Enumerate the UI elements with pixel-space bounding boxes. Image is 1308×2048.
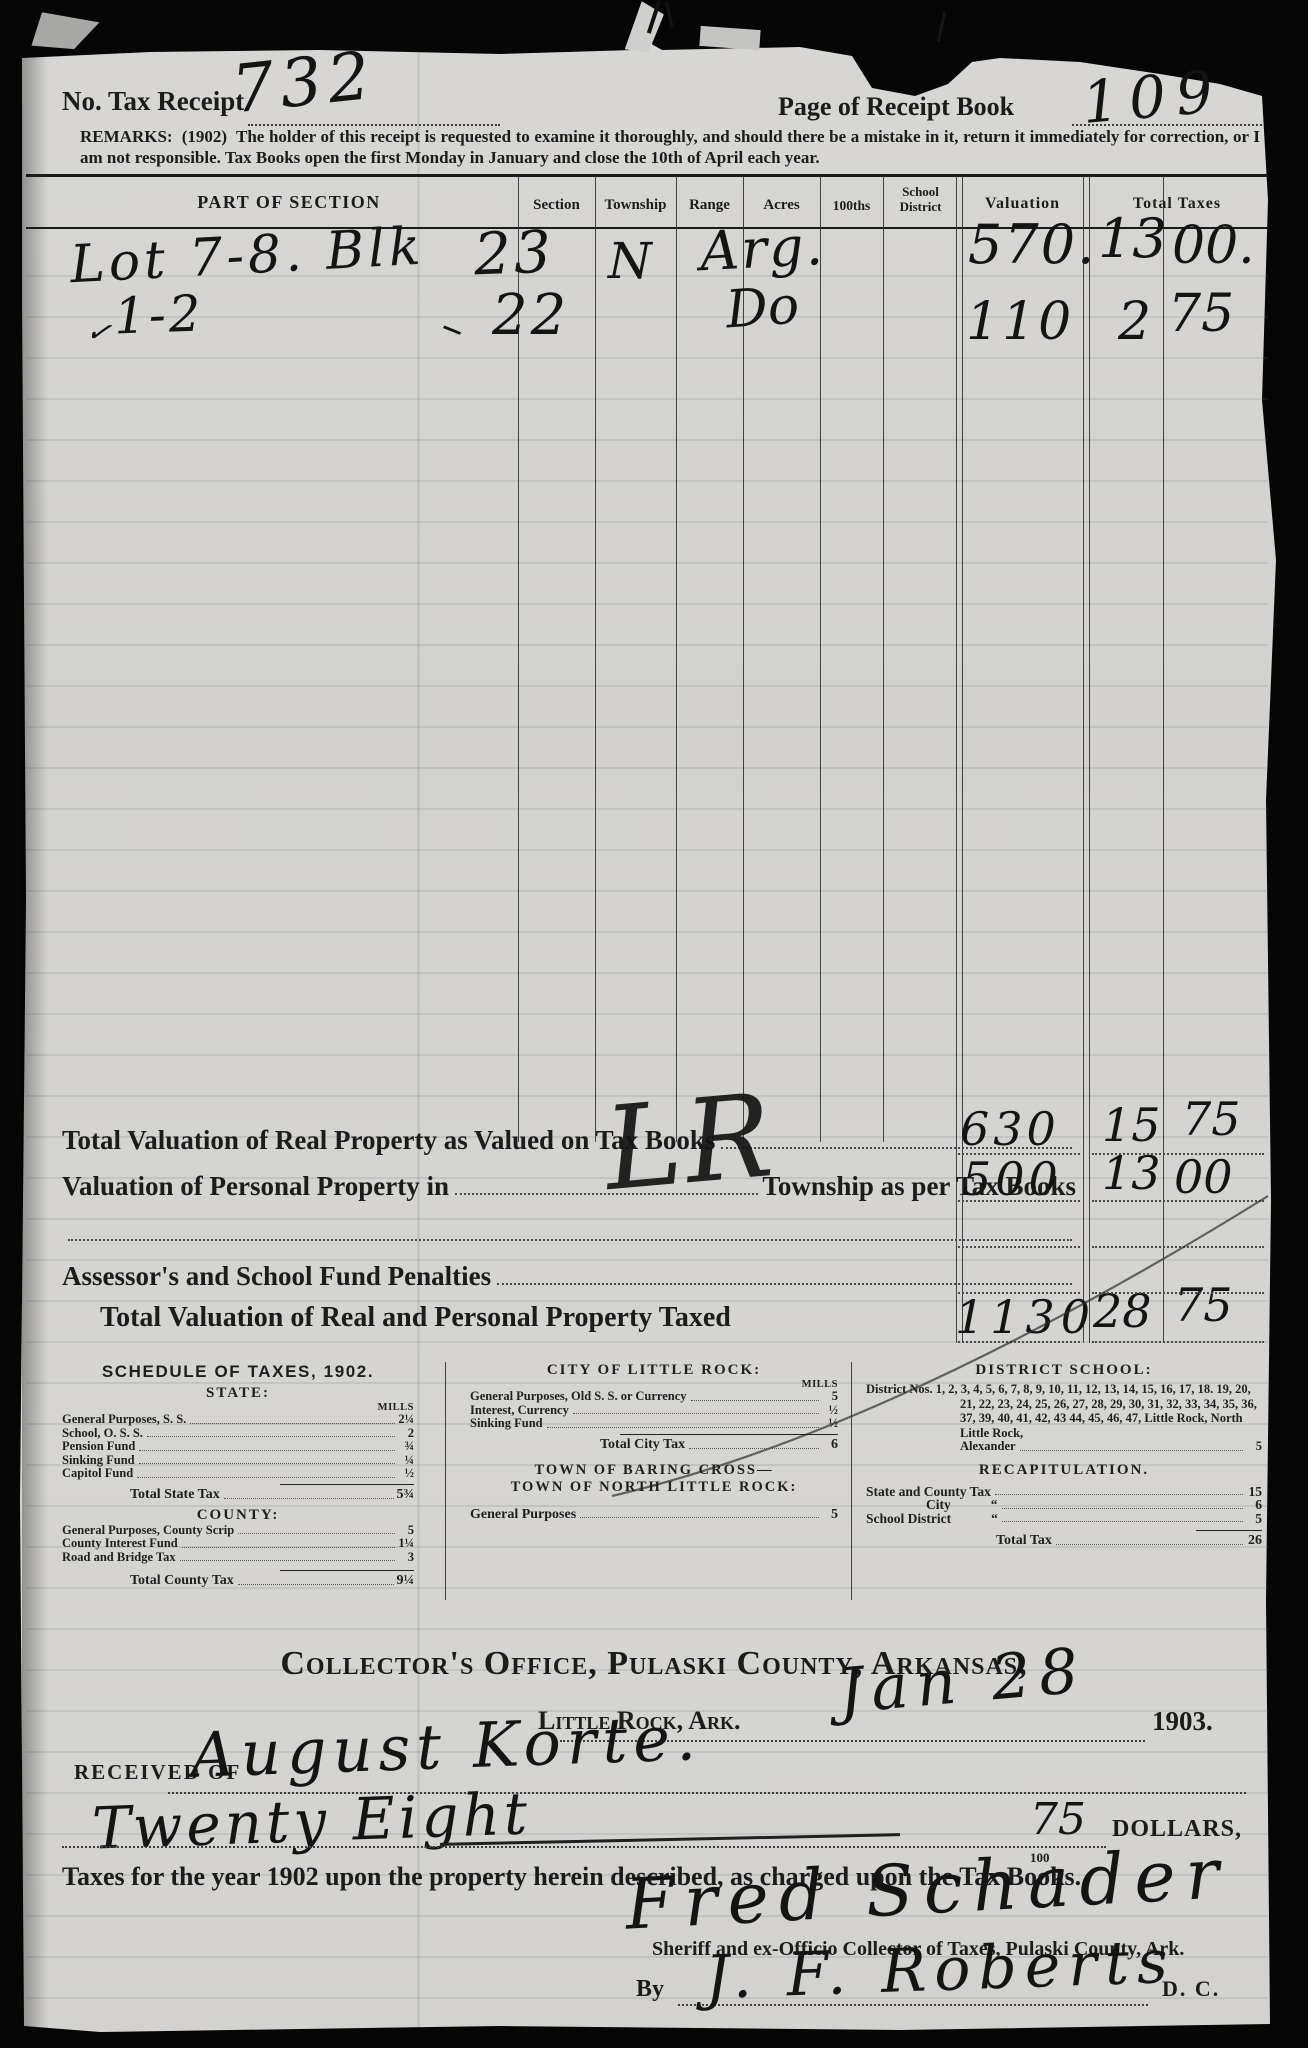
col-header-100ths: 100ths <box>820 198 883 214</box>
grand-tax-cents: 75 <box>1174 1282 1233 1328</box>
state-row-label: General Purposes, S. S. <box>62 1413 186 1427</box>
state-tax-row: Sinking Fund¼ <box>62 1454 414 1468</box>
district-last-label: Alexander <box>960 1440 1016 1454</box>
dotted-leader <box>182 1547 395 1548</box>
total-rule <box>280 1484 414 1485</box>
receipt-number-label: No. Tax Receipt <box>62 86 244 117</box>
grand-total-label: Total Valuation of Real and Personal Pro… <box>100 1302 731 1334</box>
real-tax-cents: 75 <box>1182 1096 1241 1142</box>
dotted-leader <box>995 1494 1243 1495</box>
dotted-leader <box>1056 1544 1243 1545</box>
remarks-label: REMARKS: <box>80 127 173 146</box>
state-tax-row: School, O. S. S.2 <box>62 1427 414 1441</box>
dotted-leader <box>238 1584 394 1585</box>
total-state-value: 5¾ <box>397 1487 415 1502</box>
torn-paper-fragment <box>699 26 760 50</box>
total-city-label: Total City Tax <box>600 1437 685 1452</box>
total-city-tax-row: Total City Tax6 <box>470 1437 838 1452</box>
value-cell-dots <box>958 1153 1080 1155</box>
column-line-taxes-b <box>1089 176 1090 1343</box>
personal-property-row: Valuation of Personal Property in Townsh… <box>62 1166 1076 1202</box>
value-cell-dots <box>958 1200 1080 1202</box>
row1-range-acres: Arg. <box>699 219 826 279</box>
col-header-range: Range <box>676 197 743 214</box>
collectors-office-title: Collector's Office, Pulaski County, Arka… <box>0 1645 1308 1683</box>
col-header-township: Township <box>595 197 676 214</box>
row2-part-of-section: 1-2 <box>113 288 204 341</box>
amount-cents-value: 75 <box>1030 1798 1086 1842</box>
schedule-divider-left <box>445 1362 446 1600</box>
recap-row: State and County Tax15 <box>866 1485 1262 1499</box>
remarks-paragraph: REMARKS: (1902) The holder of this recei… <box>80 126 1260 168</box>
row2-ditto-tick: ✓ <box>84 316 114 350</box>
school-header-line1: School <box>902 184 939 199</box>
payer-name-value: August Korte. <box>189 1707 703 1787</box>
state-tax-row: Pension Fund¾ <box>62 1440 414 1454</box>
state-row-value: 2¼ <box>398 1413 414 1427</box>
total-real-property-row: Total Valuation of Real Property as Valu… <box>62 1120 1076 1156</box>
city-tax-row: General Purposes, Old S. S. or Currency5 <box>470 1390 838 1404</box>
value-cell-dots <box>1092 1246 1264 1248</box>
city-row-value: 5 <box>822 1390 838 1404</box>
state-row-label: Pension Fund <box>62 1440 135 1454</box>
county-tax-row: General Purposes, County Scrip5 <box>62 1524 414 1538</box>
dotted-leader <box>573 1413 819 1414</box>
district-last-row: Alexander5 <box>866 1440 1262 1454</box>
dotted-leader <box>497 1283 1072 1285</box>
state-row-label: Capitol Fund <box>62 1467 133 1481</box>
penalties-label: Assessor's and School Fund Penalties <box>62 1261 491 1292</box>
receipt-book-page-value: 109 <box>1080 62 1225 132</box>
value-cell-dots <box>1092 1341 1264 1343</box>
value-cell-dots <box>1092 1200 1264 1202</box>
total-county-label: Total County Tax <box>130 1573 234 1588</box>
personal-valuation-value: 500 <box>962 1156 1062 1202</box>
recap-ditto-mark: “ <box>951 1498 998 1512</box>
row2-valuation: 110 <box>966 296 1074 348</box>
state-row-label: Sinking Fund <box>62 1454 135 1468</box>
county-row-label: Road and Bridge Tax <box>62 1551 176 1565</box>
dotted-leader <box>580 1517 819 1518</box>
row2-tax-cents: 75 <box>1168 288 1234 340</box>
ink-mark <box>937 12 946 42</box>
ink-mark <box>665 2 673 28</box>
schedule-title: SCHEDULE OF TAXES, 1902. <box>62 1362 414 1382</box>
col-header-part-of-section: PART OF SECTION <box>60 192 518 213</box>
grand-tax-dollars: 28 <box>1093 1288 1152 1334</box>
year-label: 1903. <box>1152 1706 1213 1737</box>
district-numbers-block: District Nos. 1, 2, 3, 4, 5, 6, 7, 8, 9,… <box>866 1382 1262 1440</box>
dotted-leader <box>139 1463 395 1464</box>
row2-range-acres: Do <box>724 280 800 337</box>
district-value: 5 <box>1246 1440 1262 1454</box>
state-row-label: School, O. S. S. <box>62 1427 143 1441</box>
state-tax-row: Capitol Fund½ <box>62 1467 414 1481</box>
deputy-signature: J. F. Roberts <box>704 1932 1177 2008</box>
row1-section: 23 <box>473 223 555 284</box>
town-heading-2: TOWN OF NORTH LITTLE ROCK: <box>470 1479 838 1496</box>
county-row-value: 3 <box>398 1551 414 1565</box>
dotted-leader <box>68 1239 1072 1241</box>
city-row-value: ½ <box>822 1404 838 1418</box>
schedule-divider-right <box>851 1362 852 1600</box>
row1-tax-cents: 00. <box>1172 220 1255 272</box>
recap-row: City“6 <box>866 1498 1262 1512</box>
cents-divider-line <box>1163 176 1164 1343</box>
schedule-city-column: CITY OF LITTLE ROCK: MILLS General Purpo… <box>470 1362 838 1521</box>
col-header-section: Section <box>518 197 595 214</box>
dotted-leader <box>1020 1450 1243 1451</box>
col-header-acres: Acres <box>743 197 820 214</box>
school-header-line2: District <box>900 199 942 214</box>
city-row-label: Interest, Currency <box>470 1404 569 1418</box>
penalties-row: Assessor's and School Fund Penalties <box>62 1256 1076 1292</box>
recap-row-value: 15 <box>1246 1485 1262 1499</box>
row2-tax-dollars: 2 <box>1118 296 1151 348</box>
city-row-label: General Purposes, Old S. S. or Currency <box>470 1390 687 1404</box>
state-row-value: ½ <box>398 1467 414 1481</box>
recapitulation-heading: RECAPITULATION. <box>866 1462 1262 1479</box>
recap-row: School District“5 <box>866 1512 1262 1526</box>
township-initials-flourish: LR <box>600 1079 780 1208</box>
schedule-state-county-column: SCHEDULE OF TAXES, 1902. STATE: MILLS Ge… <box>62 1362 414 1588</box>
district-numbers: 1, 2, 3, 4, 5, 6, 7, 8, 9, 10, 11, 12, 1… <box>936 1382 1257 1440</box>
by-label: By <box>636 1976 664 2003</box>
real-valuation-value: 630 <box>960 1106 1060 1152</box>
grand-valuation-value: 1130 <box>955 1294 1096 1340</box>
total-county-value: 9¼ <box>397 1573 415 1588</box>
personal-property-label-a: Valuation of Personal Property in <box>62 1171 449 1202</box>
dotted-leader <box>1002 1521 1243 1522</box>
state-row-value: ¾ <box>398 1440 414 1454</box>
total-city-value: 6 <box>822 1437 838 1452</box>
value-cell-dots <box>958 1292 1080 1294</box>
remarks-year: (1902) <box>182 127 227 146</box>
personal-tax-dollars: 13 <box>1102 1150 1161 1196</box>
county-row-label: County Interest Fund <box>62 1537 178 1551</box>
city-row-value: ½ <box>822 1417 838 1431</box>
town-row-value: 5 <box>822 1508 838 1522</box>
row1-valuation: 570. <box>968 218 1096 272</box>
recap-total-label: Total Tax <box>996 1533 1052 1548</box>
col-header-school-district: SchoolDistrict <box>883 184 958 214</box>
county-tax-row: Road and Bridge Tax3 <box>62 1551 414 1565</box>
county-row-label: General Purposes, County Scrip <box>62 1524 234 1538</box>
receipt-number-value: 732 <box>229 43 379 124</box>
dc-label: D. C. <box>1162 1976 1220 2002</box>
blank-dotted-row <box>62 1212 1076 1248</box>
value-cell-dots <box>958 1246 1080 1248</box>
state-row-value: ¼ <box>398 1454 414 1468</box>
dotted-leader <box>224 1498 394 1499</box>
total-rule <box>620 1434 838 1435</box>
value-cell-dots <box>958 1341 1080 1343</box>
county-row-value: 5 <box>398 1524 414 1538</box>
torn-paper-fragment <box>28 6 102 53</box>
receipt-book-page-label: Page of Receipt Book <box>778 92 1014 122</box>
recap-row-label: State and County Tax <box>866 1485 991 1499</box>
schedule-district-column: DISTRICT SCHOOL: District Nos. 1, 2, 3, … <box>866 1362 1262 1548</box>
personal-tax-cents: 00 <box>1174 1154 1233 1200</box>
recap-row-label: School District <box>866 1512 951 1526</box>
column-line-range <box>676 176 677 1142</box>
dotted-leader <box>238 1533 395 1534</box>
recap-row-label: City <box>866 1498 951 1512</box>
state-row-value: 2 <box>398 1427 414 1441</box>
dotted-leader <box>137 1477 395 1478</box>
city-row-label: Sinking Fund <box>470 1417 543 1431</box>
county-heading: COUNTY: <box>62 1507 414 1524</box>
recap-row-value: 5 <box>1246 1512 1262 1526</box>
total-state-label: Total State Tax <box>130 1487 220 1502</box>
recap-total-value: 26 <box>1246 1533 1262 1548</box>
remarks-text: The holder of this receipt is requested … <box>80 127 1260 167</box>
dotted-leader <box>139 1450 395 1451</box>
district-intro: District Nos. <box>866 1382 933 1396</box>
recap-row-value: 6 <box>1246 1498 1262 1512</box>
dotted-leader <box>689 1448 819 1449</box>
county-row-value: 1¼ <box>398 1537 414 1551</box>
total-rule <box>280 1570 414 1571</box>
value-cell-dots <box>1092 1153 1264 1155</box>
row1-tax-dollars: 13 <box>1098 212 1167 266</box>
real-tax-dollars: 15 <box>1102 1102 1161 1148</box>
district-school-heading: DISTRICT SCHOOL: <box>866 1362 1262 1379</box>
scanned-tax-receipt: No. Tax Receipt 732 Page of Receipt Book… <box>0 0 1308 2048</box>
torn-paper-fragment <box>625 0 666 54</box>
table-top-rule <box>26 174 1268 177</box>
dotted-leader <box>190 1423 395 1424</box>
town-tax-row: General Purposes5 <box>470 1508 838 1522</box>
dotted-leader <box>147 1436 395 1437</box>
col-header-valuation: Valuation <box>962 195 1083 213</box>
column-line-100ths <box>820 176 821 1142</box>
town-heading-1: TOWN OF BARING CROSS— <box>470 1462 838 1479</box>
value-cell-dots <box>1092 1292 1264 1294</box>
town-row-label: General Purposes <box>470 1508 576 1522</box>
dotted-leader <box>691 1400 819 1401</box>
dotted-leader <box>180 1560 395 1561</box>
recap-total-row: Total Tax26 <box>866 1533 1262 1548</box>
state-tax-row: General Purposes, S. S.2¼ <box>62 1413 414 1427</box>
dotted-leader <box>1002 1508 1244 1509</box>
county-tax-row: County Interest Fund1¼ <box>62 1537 414 1551</box>
row1-township: N <box>608 236 652 286</box>
city-tax-row: Interest, Currency½ <box>470 1404 838 1418</box>
total-state-tax-row: Total State Tax5¾ <box>62 1487 414 1502</box>
state-heading: STATE: <box>62 1385 414 1402</box>
dotted-leader <box>547 1427 819 1428</box>
row2-section: 22 <box>492 288 569 344</box>
column-line-school <box>883 176 884 1142</box>
recap-ditto-mark: “ <box>951 1512 998 1526</box>
city-heading: CITY OF LITTLE ROCK: <box>470 1362 838 1379</box>
city-tax-row: Sinking Fund½ <box>470 1417 838 1431</box>
total-county-tax-row: Total County Tax9¼ <box>62 1573 414 1588</box>
total-rule <box>1196 1530 1262 1531</box>
column-line-township <box>595 176 596 1142</box>
column-line-taxes-a <box>1083 176 1084 1343</box>
